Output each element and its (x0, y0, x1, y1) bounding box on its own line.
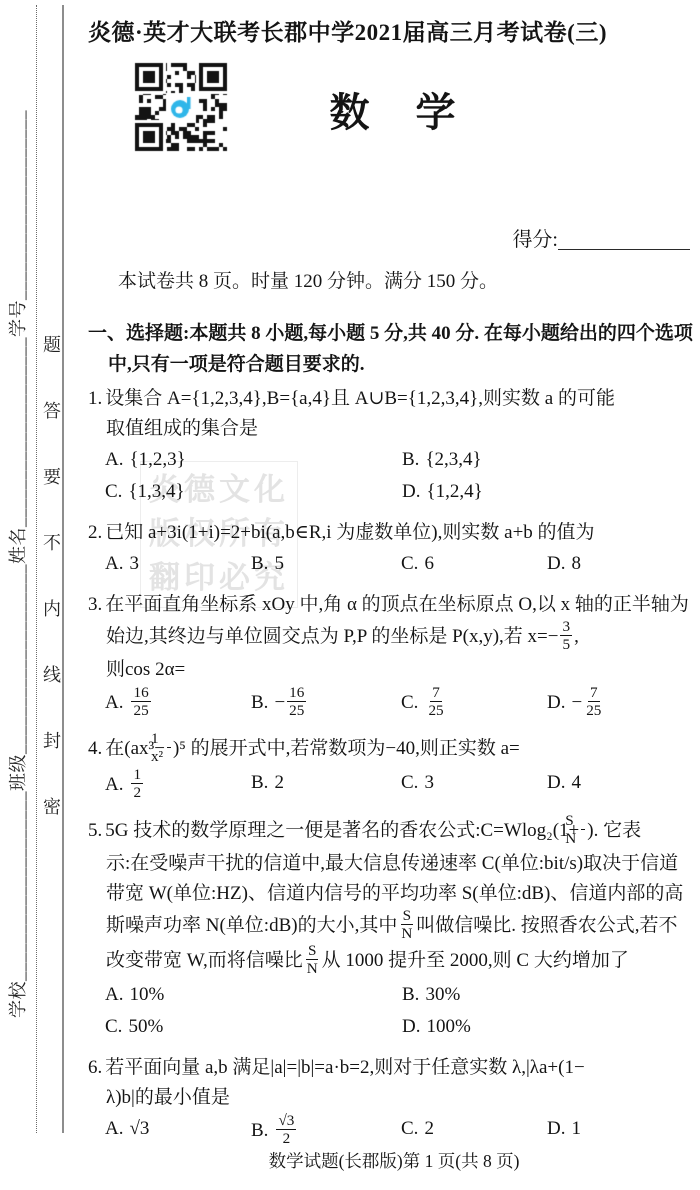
option-B: B.{2,3,4} (402, 445, 700, 475)
option-label: A. (105, 449, 123, 470)
fraction: 725 (426, 684, 445, 719)
option-label: D. (402, 481, 420, 502)
question-5: 5.5G 技术的数学原理之一便是著名的香农公式:C=Wlog₂(1+SN). 它… (88, 814, 700, 1042)
option-label: B. (251, 772, 268, 793)
option-label: C. (401, 553, 418, 574)
option-B: B.√32 (251, 1114, 401, 1149)
option-A: A.10% (105, 980, 402, 1010)
option-label: D. (547, 692, 565, 713)
score-row: 得分: (88, 223, 700, 252)
question-stem-line: 4.在(ax³−1x²)⁵ 的展开式中,若常数项为−40,则正实数 a= (106, 732, 700, 767)
questions: 1.设集合 A={1,2,3,4},B={a,4}且 A∪B={1,2,3,4}… (88, 384, 700, 1149)
seal-char: 不 (43, 529, 61, 555)
section-heading: 一、选择题:本题共 8 小题,每小题 5 分,共 40 分. 在每小题给出的四个… (88, 318, 700, 380)
option-label: D. (402, 1016, 420, 1037)
seal-char: 内 (43, 595, 61, 621)
question-stem-line: λ)b|的最小值是 (106, 1083, 700, 1113)
question-6: 6.若平面向量 a,b 满足|a|=|b|=a·b=2,则对于任意实数 λ,|λ… (88, 1053, 700, 1149)
options-row: A.10%B.30%C.50%D.100% (105, 980, 700, 1042)
seal-char: 答 (43, 397, 61, 423)
seal-line-strip: 题答要不内线封密 (41, 331, 63, 819)
question-number: 3. (88, 594, 102, 615)
fraction: 1625 (131, 684, 150, 719)
options-row: A.1625B.−1625C.725D.−725 (105, 686, 700, 721)
question-stem-line: 带宽 W(单位:HZ)、信道内信号的平均功率 S(单位:dB)、信道内部的高 (106, 879, 700, 909)
question-1: 1.设集合 A={1,2,3,4},B={a,4}且 A∪B={1,2,3,4}… (88, 384, 700, 507)
fraction: SN (305, 942, 320, 977)
question-stem-line: 取值组成的集合是 (106, 414, 700, 444)
option-B: B.−1625 (251, 686, 401, 721)
seal-char: 线 (43, 661, 61, 687)
exam-title-brand: 炎德·英才大联考 (88, 20, 261, 45)
option-label: B. (251, 692, 268, 713)
question-stem-line: 示:在受噪声干扰的信道中,最大信息传递速率 C(单位:bit/s)取决于信道 (106, 849, 700, 879)
question-stem-line: 3.在平面直角坐标系 xOy 中,角 α 的顶点在坐标原点 O,以 x 轴的正半… (106, 590, 700, 620)
question-stem-line: 5.5G 技术的数学原理之一便是著名的香农公式:C=Wlog₂(1+SN). 它… (106, 814, 700, 849)
option-label: C. (401, 1118, 418, 1139)
option-C: C.6 (401, 549, 547, 579)
seal-char: 题 (43, 331, 61, 357)
option-B: B.30% (402, 980, 700, 1010)
option-C: C.50% (105, 1012, 402, 1042)
option-C: C.725 (401, 686, 547, 721)
option-C: C.3 (401, 768, 547, 803)
question-2: 2.已知 a+3i(1+i)=2+bi(a,b∈R,i 为虚数单位),则实数 a… (88, 518, 700, 579)
exam-page: 炎德·英才大联考长郡中学2021届高三月考试卷(三) 数 学 得分: 本试卷共 … (88, 0, 700, 1160)
option-label: C. (401, 692, 418, 713)
option-C: C.2 (401, 1114, 547, 1149)
option-label: C. (105, 1016, 122, 1037)
fraction: √32 (276, 1112, 296, 1147)
qr-code (133, 61, 229, 155)
question-stem-line: 则cos 2α= (106, 655, 700, 685)
option-label: B. (402, 984, 419, 1005)
question-number: 2. (88, 522, 102, 543)
option-label: B. (251, 553, 268, 574)
options-row: A.{1,2,3}B.{2,3,4}C.{1,3,4}D.{1,2,4} (105, 445, 700, 507)
option-A: A.3 (105, 549, 251, 579)
option-A: A.√3 (105, 1114, 251, 1149)
exam-intro: 本试卷共 8 页。时量 120 分钟。满分 150 分。 (88, 266, 700, 293)
question-number: 1. (88, 388, 102, 409)
question-number: 4. (88, 738, 102, 759)
section-heading-line1: 一、选择题:本题共 8 小题,每小题 5 分,共 40 分. 在每小题给出的四个… (88, 318, 700, 349)
question-stem-line: 斯噪声功率 N(单位:dB)的大小,其中SN叫做信噪比. 按照香农公式,若不 (106, 909, 700, 944)
option-D: D.100% (402, 1012, 700, 1042)
score-label: 得分: (512, 229, 558, 251)
options-row: A.√3B.√32C.2D.1 (105, 1114, 700, 1149)
score-blank (558, 229, 690, 250)
option-label: B. (251, 1120, 268, 1141)
option-label: A. (105, 774, 123, 795)
header-row: 数 学 (88, 51, 700, 203)
page-footer: 数学试题(长郡版)第 1 页(共 8 页) (88, 1148, 700, 1173)
option-label: B. (402, 449, 419, 470)
exam-title-rest: 长郡中学2021届高三月考试卷(三) (261, 20, 607, 45)
question-stem-line: 始边,其终边与单位圆交点为 P,P 的坐标是 P(x,y),若 x=−35, (106, 620, 700, 655)
fraction: 1625 (287, 684, 306, 719)
option-D: D.{1,2,4} (402, 477, 700, 507)
option-D: D.4 (547, 768, 700, 803)
option-label: C. (105, 481, 122, 502)
seal-char: 封 (43, 727, 61, 753)
question-4: 4.在(ax³−1x²)⁵ 的展开式中,若常数项为−40,则正实数 a=A.12… (88, 732, 700, 803)
seal-char: 密 (43, 793, 61, 819)
option-label: A. (105, 984, 123, 1005)
question-stem-line: 1.设集合 A={1,2,3,4},B={a,4}且 A∪B={1,2,3,4}… (106, 384, 700, 414)
fraction: SN (399, 907, 414, 942)
option-D: D.−725 (547, 686, 700, 721)
fraction: SN (581, 812, 585, 847)
option-label: A. (105, 692, 123, 713)
exam-title: 炎德·英才大联考长郡中学2021届高三月考试卷(三) (88, 14, 700, 47)
seal-char: 要 (43, 463, 61, 489)
fraction: 1x² (167, 730, 171, 765)
question-stem-line: 改变带宽 W,而将信噪比SN从 1000 提升至 2000,则 C 大约增加了 (106, 944, 700, 979)
option-label: A. (105, 1118, 123, 1139)
question-stem-line: 6.若平面向量 a,b 满足|a|=|b|=a·b=2,则对于任意实数 λ,|λ… (106, 1053, 700, 1083)
option-label: A. (105, 553, 123, 574)
fraction: 35 (560, 618, 572, 653)
question-stem-line: 2.已知 a+3i(1+i)=2+bi(a,b∈R,i 为虚数单位),则实数 a… (106, 518, 700, 548)
question-3: 3.在平面直角坐标系 xOy 中,角 α 的顶点在坐标原点 O,以 x 轴的正半… (88, 590, 700, 721)
option-B: B.5 (251, 549, 401, 579)
fraction: 725 (584, 684, 603, 719)
option-label: D. (547, 772, 565, 793)
option-A: A.1625 (105, 686, 251, 721)
option-A: A.12 (105, 768, 251, 803)
option-label: C. (401, 772, 418, 793)
option-A: A.{1,2,3} (105, 445, 402, 475)
question-number: 5. (88, 820, 102, 841)
option-D: D.1 (547, 1114, 700, 1149)
option-B: B.2 (251, 768, 401, 803)
seal-dotted-line (36, 5, 37, 1133)
fraction: 12 (131, 766, 143, 801)
options-row: A.3B.5C.6D.8 (105, 549, 700, 579)
option-label: D. (547, 553, 565, 574)
option-label: D. (547, 1118, 565, 1139)
section-heading-line2: 中,只有一项是符合题目要求的. (88, 349, 700, 380)
options-row: A.12B.2C.3D.4 (105, 768, 700, 803)
option-D: D.8 (547, 549, 700, 579)
student-info-fields: 学校____________________班级________________… (4, 106, 30, 1018)
option-C: C.{1,3,4} (105, 477, 402, 507)
question-number: 6. (88, 1057, 102, 1078)
